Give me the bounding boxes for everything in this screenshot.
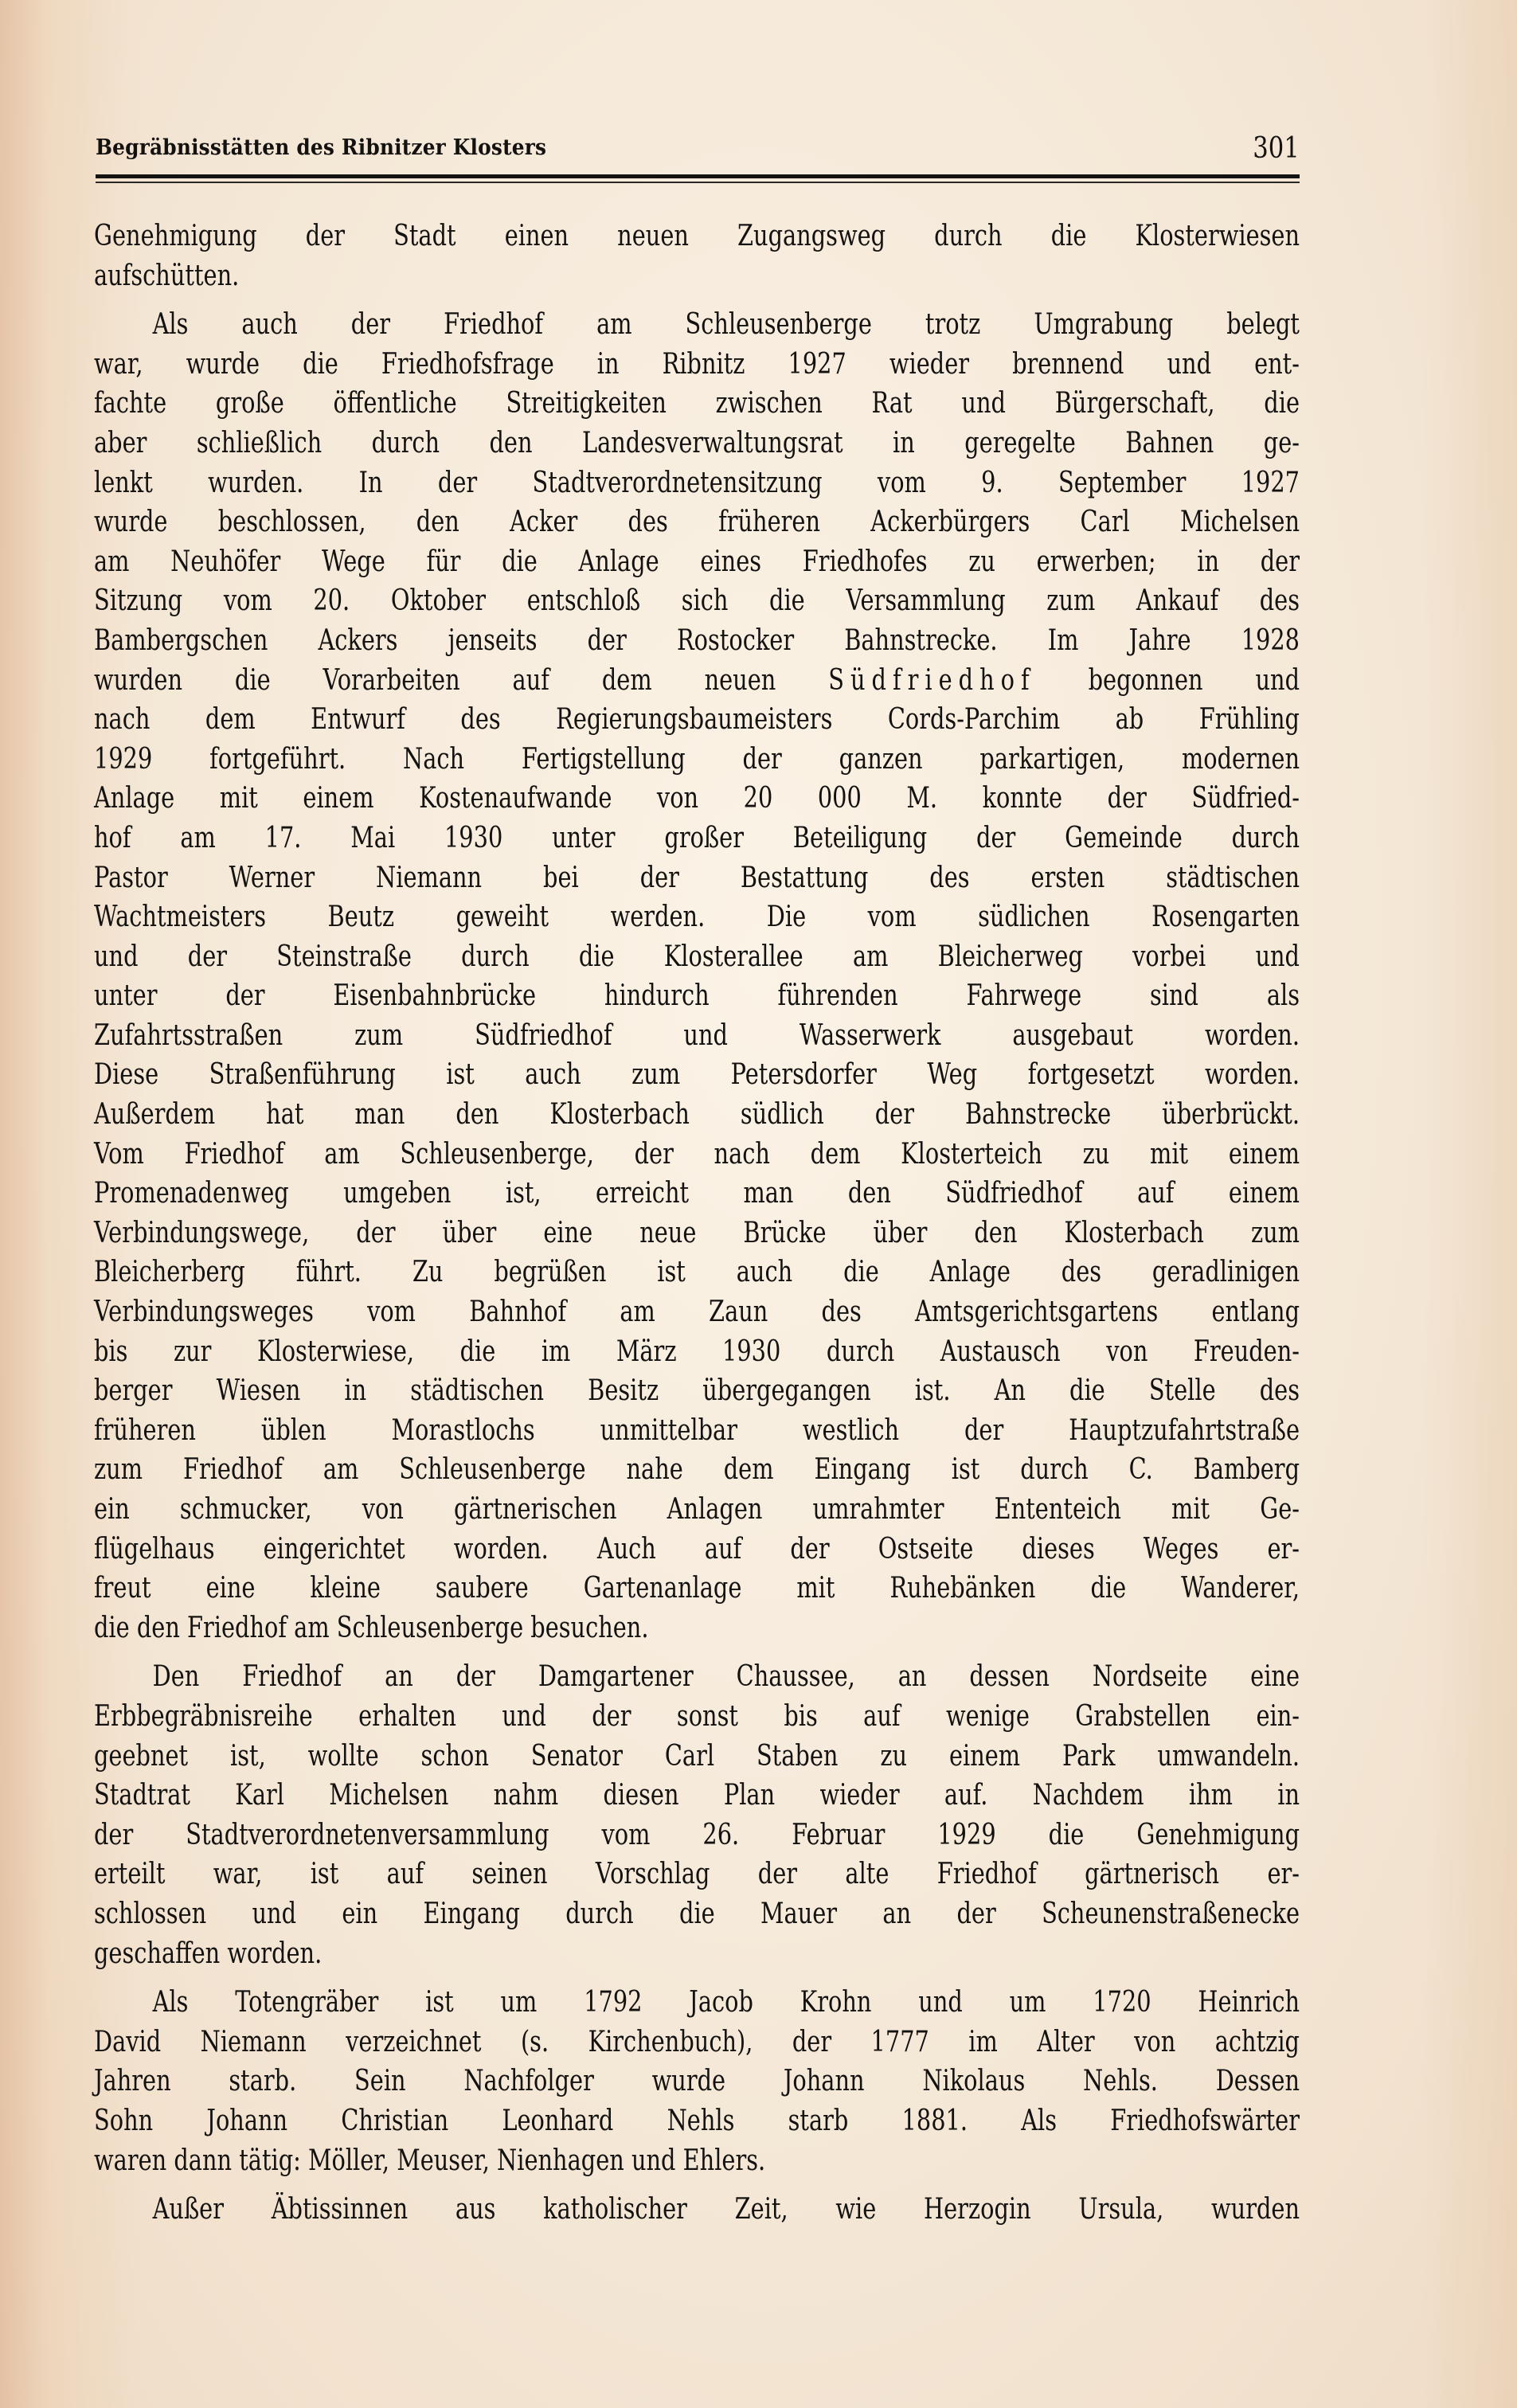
body-text: Genehmigung der Stadt einen neuen Zugang… bbox=[94, 217, 1300, 2230]
text-line: waren dann tätig: Möller, Meuser, Nienha… bbox=[94, 2141, 1300, 2181]
text-line: Außer Äbtissinnen aus katholischer Zeit,… bbox=[94, 2190, 1300, 2230]
paragraph-gap bbox=[94, 1648, 1300, 1657]
text-line: aufschütten. bbox=[94, 256, 1300, 296]
text-line: geebnet ist, wollte schon Senator Carl S… bbox=[94, 1737, 1300, 1777]
page-number: 301 bbox=[1253, 132, 1300, 165]
paragraph-gap bbox=[94, 2180, 1300, 2190]
text-line: Sitzung vom 20. Oktober entschloß sich d… bbox=[94, 581, 1300, 621]
text-line: Außerdem hat man den Klosterbach südlich… bbox=[94, 1095, 1300, 1135]
book-page: Begräbnisstätten des Ribnitzer Klosters … bbox=[0, 0, 1517, 2408]
paragraph: Genehmigung der Stadt einen neuen Zugang… bbox=[94, 217, 1300, 295]
text-line: der Stadtverordnetenversammlung vom 26. … bbox=[94, 1816, 1300, 1855]
text-line: flügelhaus eingerichtet worden. Auch auf… bbox=[94, 1530, 1300, 1569]
text-line: Stadtrat Karl Michelsen nahm diesen Plan… bbox=[94, 1776, 1300, 1816]
text-line: am Neuhöfer Wege für die Anlage eines Fr… bbox=[94, 542, 1300, 582]
text-line: Genehmigung der Stadt einen neuen Zugang… bbox=[94, 217, 1300, 256]
header-rule-thin bbox=[96, 182, 1300, 183]
text-line: unter der Eisenbahnbrücke hindurch führe… bbox=[94, 976, 1300, 1016]
text-line: und der Steinstraße durch die Klosterall… bbox=[94, 937, 1300, 977]
text-line: Verbindungswege, der über eine neue Brüc… bbox=[94, 1214, 1300, 1253]
text-line: Verbindungsweges vom Bahnhof am Zaun des… bbox=[94, 1292, 1300, 1332]
text-line: die den Friedhof am Schleusenberge besuc… bbox=[94, 1609, 1300, 1648]
text-line: Anlage mit einem Kostenaufwande von 20 0… bbox=[94, 779, 1300, 819]
text-line: Zufahrtsstraßen zum Südfriedhof und Wass… bbox=[94, 1016, 1300, 1056]
text-line: wurde beschlossen, den Acker des frühere… bbox=[94, 502, 1300, 542]
text-line: bis zur Klosterwiese, die im März 1930 d… bbox=[94, 1332, 1300, 1372]
text-line: wurden die Vorarbeiten auf dem neuen Süd… bbox=[94, 661, 1300, 701]
text-line: lenkt wurden. In der Stadtverordnetensit… bbox=[94, 463, 1300, 503]
text-line: Jahren starb. Sein Nachfolger wurde Joha… bbox=[94, 2062, 1300, 2101]
text-line: Diese Straßenführung ist auch zum Peters… bbox=[94, 1055, 1300, 1095]
text-line: fachte große öffentliche Streitigkeiten … bbox=[94, 384, 1300, 424]
text-line: Den Friedhof an der Damgartener Chaussee… bbox=[94, 1657, 1300, 1697]
running-head: Begräbnisstätten des Ribnitzer Klosters … bbox=[96, 135, 1300, 167]
text-line: schlossen und ein Eingang durch die Maue… bbox=[94, 1894, 1300, 1934]
text-line: aber schließlich durch den Landesverwalt… bbox=[94, 424, 1300, 463]
text-line: Sohn Johann Christian Leonhard Nehls sta… bbox=[94, 2101, 1300, 2141]
emphasized-word: Südfriedhof bbox=[828, 664, 1035, 697]
text-line: geschaffen worden. bbox=[94, 1934, 1300, 1974]
text-line: David Niemann verzeichnet (s. Kirchenbuc… bbox=[94, 2023, 1300, 2062]
paragraph-gap bbox=[94, 295, 1300, 305]
paragraph: Als Totengräber ist um 1792 Jacob Krohn … bbox=[94, 1983, 1300, 2180]
paragraph-gap bbox=[94, 1973, 1300, 1983]
text-line: Bambergschen Ackers jenseits der Rostock… bbox=[94, 621, 1300, 661]
header-rule-thick bbox=[96, 174, 1300, 178]
text-line: hof am 17. Mai 1930 unter großer Beteili… bbox=[94, 819, 1300, 858]
running-title: Begräbnisstätten des Ribnitzer Klosters bbox=[96, 135, 546, 160]
paragraph: Außer Äbtissinnen aus katholischer Zeit,… bbox=[94, 2190, 1300, 2230]
text-line: Pastor Werner Niemann bei der Bestattung… bbox=[94, 858, 1300, 898]
paragraph: Als auch der Friedhof am Schleusenberge … bbox=[94, 305, 1300, 1648]
text-line: Promenadenweg umgeben ist, erreicht man … bbox=[94, 1174, 1300, 1214]
paragraph: Den Friedhof an der Damgartener Chaussee… bbox=[94, 1657, 1300, 1973]
text-line: Erbbegräbnisreihe erhalten und der sonst… bbox=[94, 1697, 1300, 1737]
text-line: Als Totengräber ist um 1792 Jacob Krohn … bbox=[94, 1983, 1300, 2023]
text-line: Vom Friedhof am Schleusenberge, der nach… bbox=[94, 1135, 1300, 1175]
text-line: berger Wiesen in städtischen Besitz über… bbox=[94, 1371, 1300, 1411]
text-line: 1929 fortgeführt. Nach Fertigstellung de… bbox=[94, 740, 1300, 780]
text-line: früheren üblen Morastlochs unmittelbar w… bbox=[94, 1411, 1300, 1451]
text-line: war, wurde die Friedhofsfrage in Ribnitz… bbox=[94, 345, 1300, 385]
text-line: erteilt war, ist auf seinen Vorschlag de… bbox=[94, 1855, 1300, 1894]
text-line: ein schmucker, von gärtnerischen Anlagen… bbox=[94, 1490, 1300, 1530]
text-line: nach dem Entwurf des Regierungsbaumeiste… bbox=[94, 700, 1300, 740]
text-line: Als auch der Friedhof am Schleusenberge … bbox=[94, 305, 1300, 345]
text-line: Bleicherberg führt. Zu begrüßen ist auch… bbox=[94, 1253, 1300, 1292]
text-line: Wachtmeisters Beutz geweiht werden. Die … bbox=[94, 897, 1300, 937]
text-line: zum Friedhof am Schleusenberge nahe dem … bbox=[94, 1450, 1300, 1490]
text-line: freut eine kleine saubere Gartenanlage m… bbox=[94, 1569, 1300, 1609]
